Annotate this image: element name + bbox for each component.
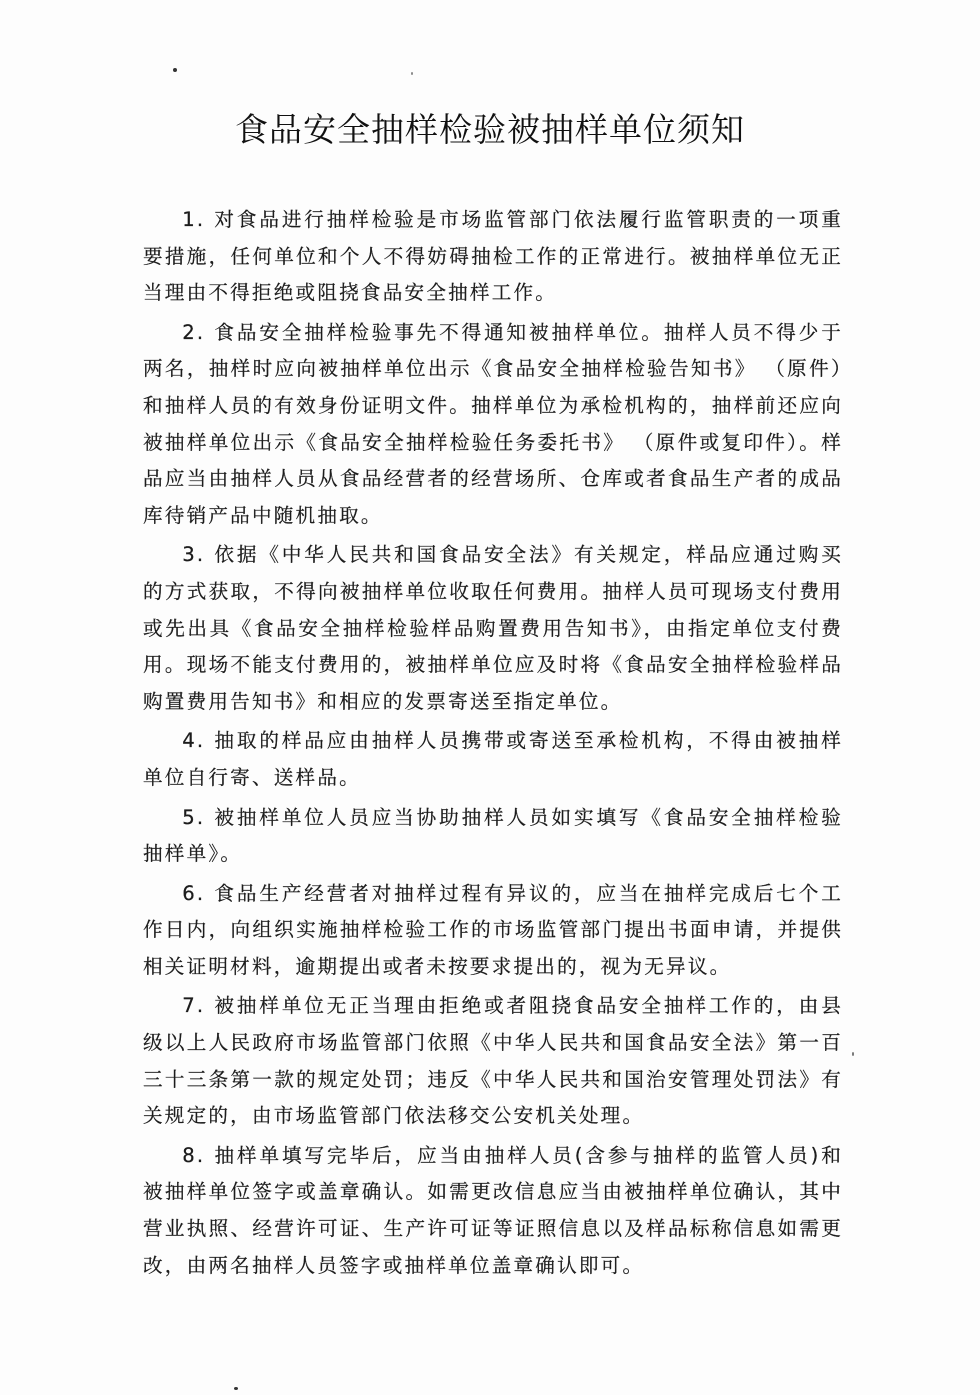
scan-speck: [411, 72, 413, 75]
paragraph-5: 5. 被抽样单位人员应当协助抽样人员如实填写《食品安全抽样检验抽样单》。: [143, 800, 843, 873]
document-title: 食品安全抽样检验被抽样单位须知: [0, 104, 980, 151]
paragraph-6: 6. 食品生产经营者对抽样过程有异议的，应当在抽样完成后七个工作日内，向组织实施…: [143, 876, 843, 986]
scan-speck: [852, 1052, 854, 1056]
paragraph-8: 8. 抽样单填写完毕后，应当由抽样人员(含参与抽样的监管人员)和被抽样单位签字或…: [143, 1138, 843, 1284]
paragraph-7: 7. 被抽样单位无正当理由拒绝或者阻挠食品安全抽样工作的，由县级以上人民政府市场…: [143, 988, 843, 1134]
paragraph-3: 3. 依据《中华人民共和国食品安全法》有关规定，样品应通过购买的方式获取，不得向…: [143, 537, 843, 720]
scan-speck: [234, 1387, 238, 1390]
paragraph-2: 2. 食品安全抽样检验事先不得通知被抽样单位。抽样人员不得少于两名，抽样时应向被…: [143, 315, 843, 535]
paragraph-1: 1. 对食品进行抽样检验是市场监管部门依法履行监管职责的一项重要措施，任何单位和…: [143, 202, 843, 312]
scan-speck: [173, 68, 177, 72]
paragraph-4: 4. 抽取的样品应由抽样人员携带或寄送至承检机构，不得由被抽样单位自行寄、送样品…: [143, 723, 843, 796]
document-body: 1. 对食品进行抽样检验是市场监管部门依法履行监管职责的一项重要措施，任何单位和…: [143, 202, 843, 1287]
scanned-page: 食品安全抽样检验被抽样单位须知 1. 对食品进行抽样检验是市场监管部门依法履行监…: [0, 0, 980, 1395]
